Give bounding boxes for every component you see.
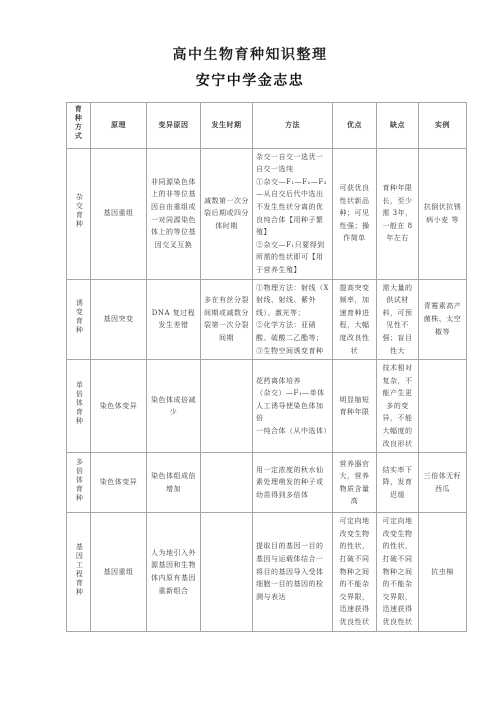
cell-period: 减数第一次分裂后期或四分体时期 (201, 148, 253, 279)
header-variation-cause: 变异原因 (147, 103, 201, 149)
cell-examples (419, 360, 467, 453)
cell-procedure: 提取目的基因一目的基因与运载体结合一将目的基因导入受体细胞一目的基因的检测与表达 (253, 513, 333, 631)
cell-advantages: 提高突变频率，加速育种进程，大幅度改良性状 (333, 279, 377, 360)
cell-disadvantages: 可定向地改变生物的性状，打破不同物种之间的不能杂交界限，迅速获得优良性状 (377, 513, 419, 631)
header-method: 方法 (253, 103, 333, 149)
cell-period: 多在有丝分裂间期或减数分裂第一次分裂间期 (201, 279, 253, 360)
cell-advantages: 可定向地改变生物的性状，打破不同物种之间的不能杂交界限，迅速获得优良性状 (333, 513, 377, 631)
header-breeding-method-label: 育种方式 (75, 105, 83, 141)
header-advantages: 优点 (333, 103, 377, 149)
cell-examples: 抗虫棉 (419, 513, 467, 631)
cell-principle: 基因重组 (91, 513, 147, 631)
page-title: 高中生物育种知识整理 (0, 44, 500, 64)
cell-disadvantages: 育种年限长，至少需 3年，一般在 8 年左右 (377, 148, 419, 279)
table-header-row: 育种方式 原理 变异原因 发生时期 方法 优点 缺点 实例 (67, 103, 467, 149)
table-row-mutation: 诱变育种 基因突变 DNA 复过程发生差错 多在有丝分裂间期或减数分裂第一次分裂… (67, 279, 467, 360)
header-examples: 实例 (419, 103, 467, 149)
page-subtitle: 安宁中学金志忠 (0, 70, 500, 90)
cell-procedure: 花药离体培养 （杂交）—F₁—单体人工诱导使染色体加倍 一纯合体（从中选体） (253, 360, 333, 453)
cell-period (201, 513, 253, 631)
cell-examples: 抗倒伏抗锈病小麦 等 (419, 148, 467, 279)
cell-principle: 基因突变 (91, 279, 147, 360)
row-label: 多倍体育种 (75, 458, 83, 503)
cell-advantages: 明显缩短育种年限 (333, 360, 377, 453)
cell-examples: 三倍体无籽西瓜 (419, 453, 467, 513)
breeding-knowledge-table: 育种方式 原理 变异原因 发生时期 方法 优点 缺点 实例 杂交育种 基因重组 … (66, 102, 467, 632)
cell-advantages: 营养器官大，营养物质含量高 (333, 453, 377, 513)
row-label: 诱变育种 (75, 299, 83, 335)
cell-principle: 基因重组 (91, 148, 147, 279)
cell-period (201, 360, 253, 453)
header-disadvantages: 缺点 (377, 103, 419, 149)
header-principle: 原理 (91, 103, 147, 149)
cell-disadvantages: 技术相对复杂，不能产生更多的变异，不能大幅度的改良形状 (377, 360, 419, 453)
cell-method: 多倍体育种 (67, 453, 91, 513)
table-row-haploid: 单倍体育种 染色体变异 染色体成倍减少 花药离体培养 （杂交）—F₁—单体人工诱… (67, 360, 467, 453)
cell-method: 基因工程育种 (67, 513, 91, 631)
table-row-polyploid: 多倍体育种 染色体变异 染色体组成倍增加 用一定浓度的秋水仙素处理萌发的种子或幼… (67, 453, 467, 513)
cell-method: 诱变育种 (67, 279, 91, 360)
cell-cause: 人为地引入外源基因和生物体内原有基因重新组合 (147, 513, 201, 631)
cell-disadvantages: 结实率下降，发育迟缓 (377, 453, 419, 513)
cell-advantages: 可获优良性状新品种；可见性强；操作简单 (333, 148, 377, 279)
cell-procedure: 杂交一自交一选优一自交一选纯 ①杂交—F₁—F₂—F₃—从自交后代中选出不发生性… (253, 148, 333, 279)
cell-procedure: 用一定浓度的秋水仙素处理萌发的种子或幼苗得到多倍体 (253, 453, 333, 513)
header-breeding-method: 育种方式 (67, 103, 91, 149)
cell-examples: 青霉素高产菌株、太空椒等 (419, 279, 467, 360)
cell-principle: 染色体变异 (91, 453, 147, 513)
cell-cause: DNA 复过程发生差错 (147, 279, 201, 360)
cell-method: 杂交育种 (67, 148, 91, 279)
cell-period (201, 453, 253, 513)
row-label: 杂交育种 (75, 193, 83, 229)
table-row-genetic-engineering: 基因工程育种 基因重组 人为地引入外源基因和生物体内原有基因重新组合 提取目的基… (67, 513, 467, 631)
cell-procedure: ①物理方法：射线（X 射线、射线、紫外线）、激光等； ②化学方法：亚硝酸、硫酸二… (253, 279, 333, 360)
row-label: 单倍体育种 (75, 381, 83, 426)
row-label: 基因工程育种 (75, 543, 83, 597)
document-header: 高中生物育种知识整理 安宁中学金志忠 (0, 0, 500, 90)
header-occurrence-period: 发生时期 (201, 103, 253, 149)
cell-cause: 染色体成倍减少 (147, 360, 201, 453)
cell-principle: 染色体变异 (91, 360, 147, 453)
cell-cause: 非同源染色体上的非等位基因自由重组或一对同源染色体上的等位基因交叉互换 (147, 148, 201, 279)
cell-method: 单倍体育种 (67, 360, 91, 453)
cell-disadvantages: 需大量的供试材料，可预见性不强；盲目性大 (377, 279, 419, 360)
cell-cause: 染色体组成倍增加 (147, 453, 201, 513)
table-row-hybridization: 杂交育种 基因重组 非同源染色体上的非等位基因自由重组或一对同源染色体上的等位基… (67, 148, 467, 279)
